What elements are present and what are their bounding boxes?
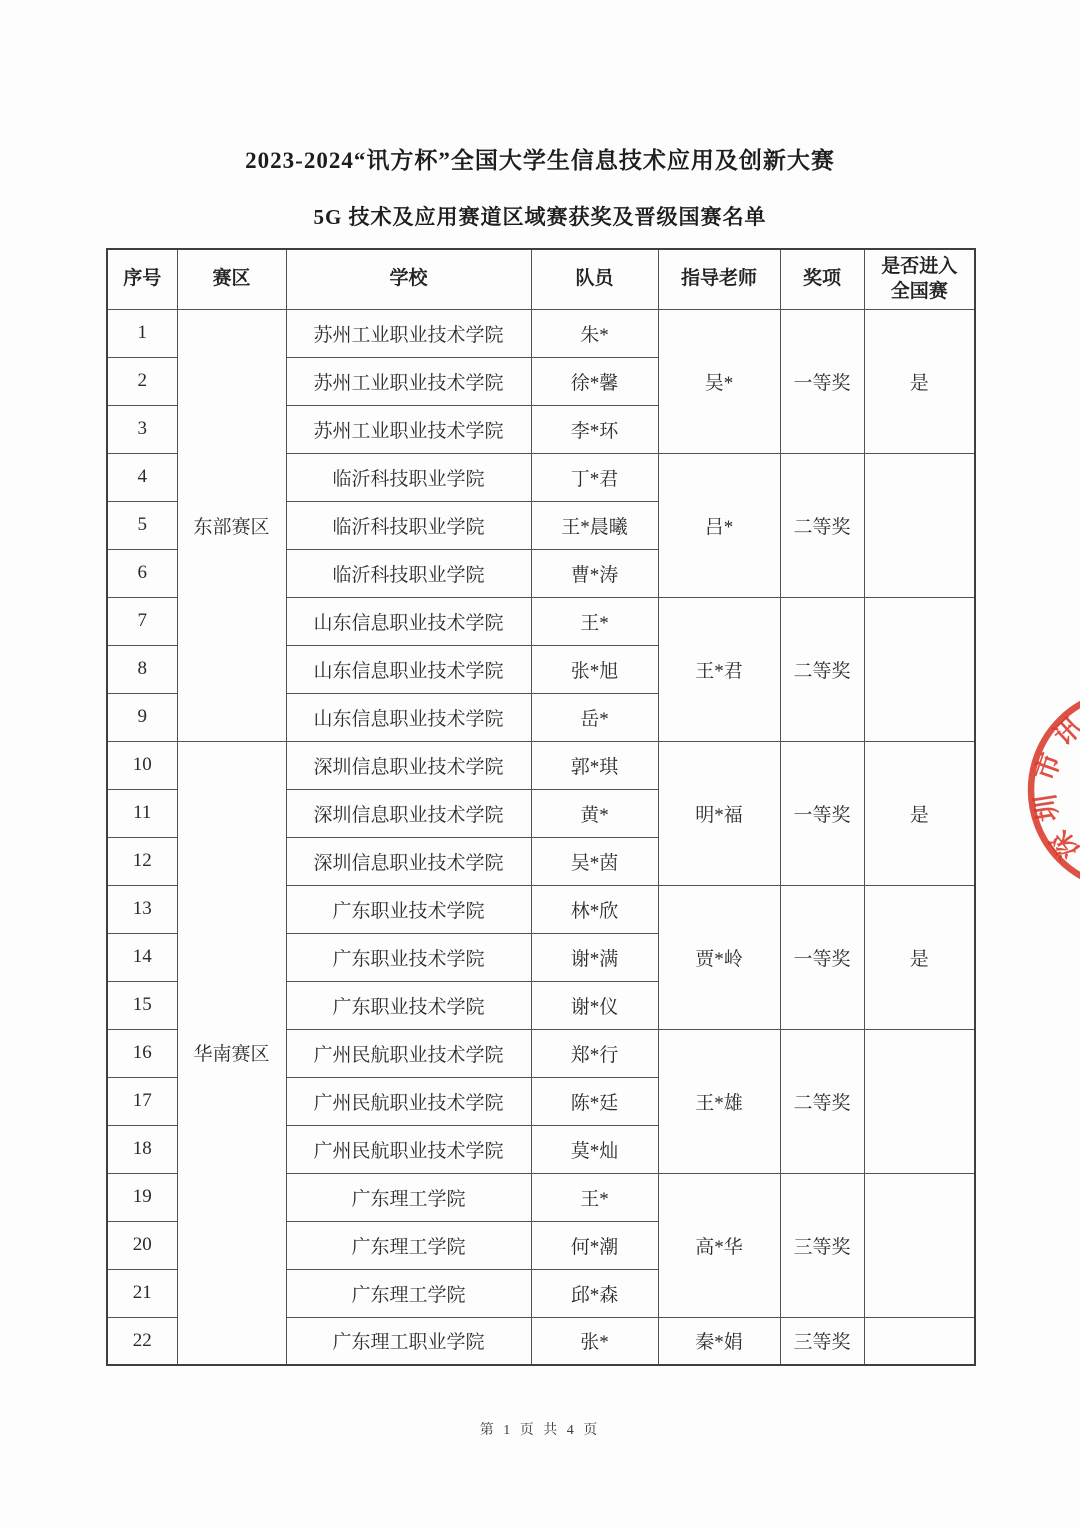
cell-school: 广东理工职业学院 [286,1317,531,1365]
cell-member: 王* [531,1173,658,1221]
cell-school: 广东理工学院 [286,1221,531,1269]
cell-member: 林*欣 [531,885,658,933]
cell-national [864,597,975,741]
cell-member: 何*潮 [531,1221,658,1269]
cell-no: 19 [107,1173,177,1221]
cell-school: 广东职业技术学院 [286,981,531,1029]
cell-no: 15 [107,981,177,1029]
cell-advisor: 高*华 [658,1173,780,1317]
cell-no: 12 [107,837,177,885]
cell-national [864,1317,975,1365]
svg-text:深圳市讯方: 深圳市讯方 [1028,688,1080,865]
cell-national [864,453,975,597]
cell-no: 13 [107,885,177,933]
cell-no: 4 [107,453,177,501]
cell-no: 16 [107,1029,177,1077]
header-school: 学校 [286,249,531,309]
cell-no: 21 [107,1269,177,1317]
cell-school: 广州民航职业技术学院 [286,1077,531,1125]
cell-no: 14 [107,933,177,981]
cell-school: 深圳信息职业技术学院 [286,789,531,837]
cell-member: 郑*行 [531,1029,658,1077]
header-member: 队员 [531,249,658,309]
cell-school: 山东信息职业技术学院 [286,645,531,693]
cell-no: 1 [107,309,177,357]
page-footer: 第 1 页 共 4 页 [0,1419,1080,1439]
cell-no: 17 [107,1077,177,1125]
cell-school: 广东理工学院 [286,1173,531,1221]
cell-advisor: 吴* [658,309,780,453]
cell-no: 6 [107,549,177,597]
cell-no: 9 [107,693,177,741]
cell-no: 20 [107,1221,177,1269]
cell-member: 徐*馨 [531,357,658,405]
cell-member: 李*环 [531,405,658,453]
cell-school: 深圳信息职业技术学院 [286,741,531,789]
table-row: 1 东部赛区 苏州工业职业技术学院 朱* 吴* 一等奖 是 [107,309,975,357]
cell-school: 苏州工业职业技术学院 [286,357,531,405]
cell-national [864,1029,975,1173]
cell-member: 岳* [531,693,658,741]
cell-school: 临沂科技职业学院 [286,453,531,501]
cell-no: 3 [107,405,177,453]
cell-school: 临沂科技职业学院 [286,549,531,597]
cell-member: 王*晨曦 [531,501,658,549]
cell-award: 一等奖 [780,885,864,1029]
header-advisor: 指导老师 [658,249,780,309]
header-no: 序号 [107,249,177,309]
cell-award: 二等奖 [780,453,864,597]
cell-member: 朱* [531,309,658,357]
cell-member: 郭*琪 [531,741,658,789]
table-header-row: 序号 赛区 学校 队员 指导老师 奖项 是否进入全国赛 [107,249,975,309]
cell-school: 苏州工业职业技术学院 [286,309,531,357]
cell-award: 一等奖 [780,309,864,453]
cell-school: 苏州工业职业技术学院 [286,405,531,453]
cell-no: 2 [107,357,177,405]
cell-school: 广州民航职业技术学院 [286,1125,531,1173]
cell-advisor: 王*君 [658,597,780,741]
cell-member: 曹*涛 [531,549,658,597]
cell-national [864,1173,975,1317]
header-region: 赛区 [177,249,286,309]
cell-national: 是 [864,885,975,1029]
cell-national: 是 [864,309,975,453]
seal-arc-text: 深圳市讯方 [1028,688,1080,865]
cell-award: 一等奖 [780,741,864,885]
cell-advisor: 秦*娟 [658,1317,780,1365]
cell-member: 黄* [531,789,658,837]
cell-school: 山东信息职业技术学院 [286,597,531,645]
cell-school: 广东理工学院 [286,1269,531,1317]
cell-school: 临沂科技职业学院 [286,501,531,549]
award-results-table: 序号 赛区 学校 队员 指导老师 奖项 是否进入全国赛 1 东部赛区 苏州工业职… [106,248,976,1366]
table-row: 10 华南赛区 深圳信息职业技术学院 郭*琪 明*福 一等奖 是 [107,741,975,789]
cell-member: 陈*廷 [531,1077,658,1125]
cell-member: 莫*灿 [531,1125,658,1173]
cell-region-south: 华南赛区 [177,741,286,1365]
cell-no: 7 [107,597,177,645]
cell-member: 邱*森 [531,1269,658,1317]
cell-award: 二等奖 [780,597,864,741]
page-title: 2023-2024“讯方杯”全国大学生信息技术应用及创新大赛 [0,142,1080,175]
document-page: 2023-2024“讯方杯”全国大学生信息技术应用及创新大赛 5G 技术及应用赛… [0,0,1080,1527]
cell-no: 5 [107,501,177,549]
cell-national: 是 [864,741,975,885]
cell-advisor: 王*雄 [658,1029,780,1173]
official-seal-stamp: 深圳市讯方 [1015,665,1080,925]
cell-member: 谢*满 [531,933,658,981]
cell-school: 深圳信息职业技术学院 [286,837,531,885]
header-national: 是否进入全国赛 [864,249,975,309]
cell-member: 丁*君 [531,453,658,501]
cell-school: 山东信息职业技术学院 [286,693,531,741]
page-subtitle: 5G 技术及应用赛道区域赛获奖及晋级国赛名单 [0,201,1080,231]
cell-no: 22 [107,1317,177,1365]
cell-member: 谢*仪 [531,981,658,1029]
cell-award: 三等奖 [780,1173,864,1317]
cell-advisor: 吕* [658,453,780,597]
cell-no: 10 [107,741,177,789]
cell-member: 张*旭 [531,645,658,693]
cell-member: 吴*茵 [531,837,658,885]
cell-school: 广州民航职业技术学院 [286,1029,531,1077]
cell-advisor: 明*福 [658,741,780,885]
cell-award: 三等奖 [780,1317,864,1365]
cell-school: 广东职业技术学院 [286,885,531,933]
cell-member: 张* [531,1317,658,1365]
cell-region-east: 东部赛区 [177,309,286,741]
header-award: 奖项 [780,249,864,309]
cell-member: 王* [531,597,658,645]
cell-award: 二等奖 [780,1029,864,1173]
cell-advisor: 贾*岭 [658,885,780,1029]
cell-no: 11 [107,789,177,837]
cell-no: 8 [107,645,177,693]
cell-school: 广东职业技术学院 [286,933,531,981]
cell-no: 18 [107,1125,177,1173]
